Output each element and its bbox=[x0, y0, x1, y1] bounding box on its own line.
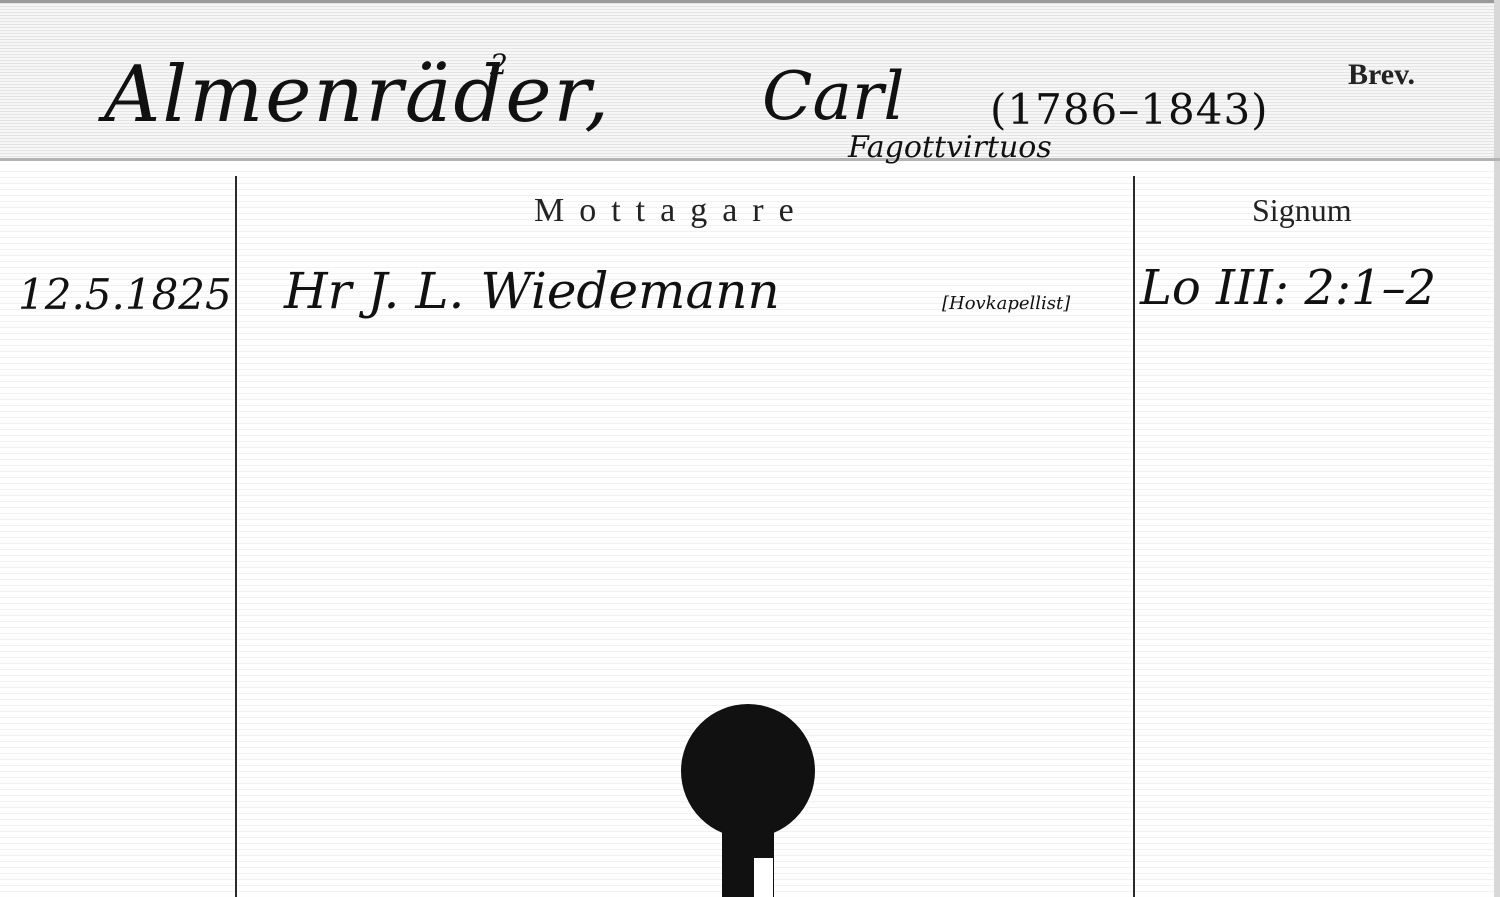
date-column-divider bbox=[235, 176, 237, 897]
card-top-edge bbox=[0, 0, 1500, 3]
signum-column-header: Signum bbox=[1252, 192, 1352, 229]
header-divider bbox=[0, 158, 1500, 161]
surname: Almenräder, bbox=[104, 50, 611, 140]
entry-date: 12.5.1825 bbox=[18, 270, 232, 319]
entry-recipient: Hr J. L. Wiedemann bbox=[284, 262, 780, 320]
first-name: Carl bbox=[762, 58, 905, 135]
card-right-edge bbox=[1494, 0, 1500, 897]
punch-hole-icon bbox=[681, 704, 815, 838]
surname-superscript: 2 bbox=[490, 48, 508, 81]
occupation: Fagottvirtuos bbox=[848, 130, 1052, 165]
catalog-card: Almenräder, 2 Carl (1786–1843) Fagottvir… bbox=[0, 0, 1500, 897]
signum-column-divider bbox=[1133, 176, 1135, 897]
entry-recipient-note: [Hovkapellist] bbox=[942, 293, 1070, 314]
category-label: Brev. bbox=[1348, 58, 1415, 92]
punch-slot-cut bbox=[754, 858, 773, 897]
entry-signum: Lo III: 2:1–2 bbox=[1140, 260, 1436, 316]
recipient-column-header: Mottagare bbox=[534, 192, 809, 230]
life-dates: (1786–1843) bbox=[990, 85, 1269, 134]
